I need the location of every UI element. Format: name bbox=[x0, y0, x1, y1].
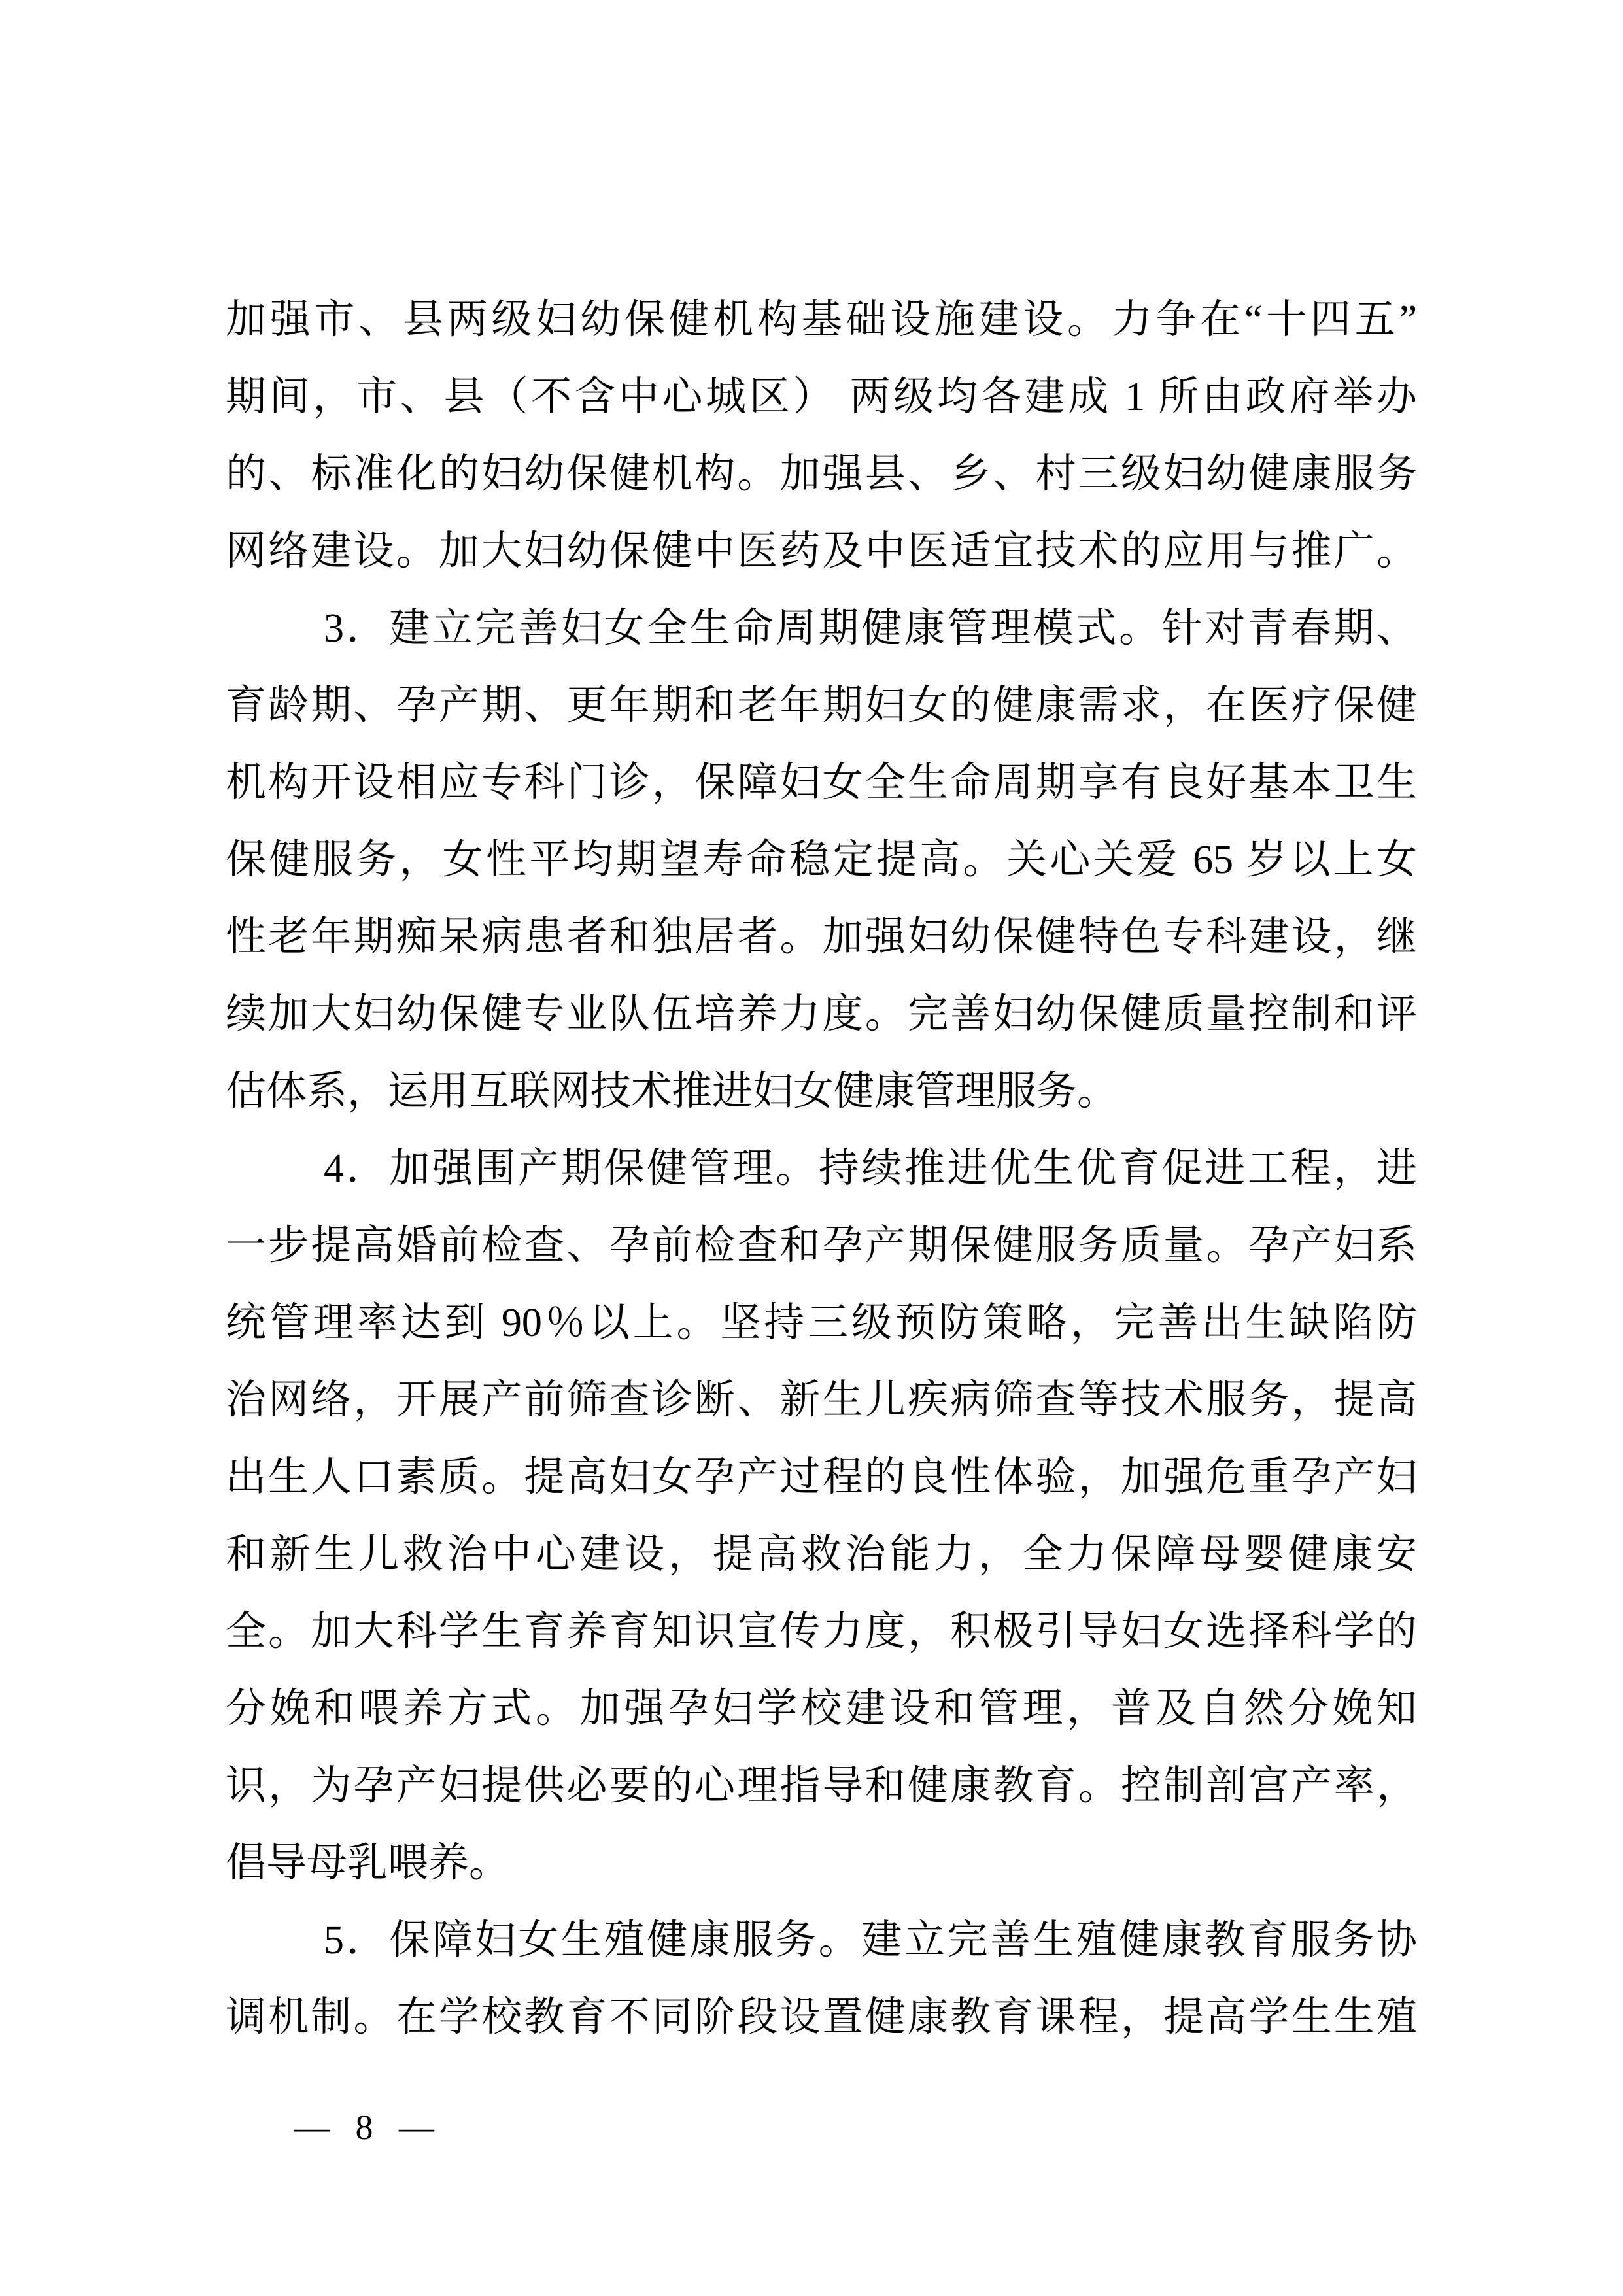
text-line-13: 一步提高婚前检查、孕前检查和孕产期保健服务质量。孕产妇系 bbox=[226, 1207, 1417, 1284]
text-line-22: 5．保障妇女生殖健康服务。建立完善生殖健康教育服务协 bbox=[226, 1902, 1417, 1979]
text-line-19: 分娩和喂养方式。加强孕妇学校建设和管理，普及自然分娩知 bbox=[226, 1670, 1417, 1747]
text-line-17: 和新生儿救治中心建设，提高救治能力，全力保障母婴健康安 bbox=[226, 1516, 1417, 1593]
text-line-1: 加强市、县两级妇幼保健机构基础设施建设。力争在“十四五” bbox=[226, 281, 1417, 358]
page-number: — 8 — bbox=[294, 2104, 434, 2150]
text-line-7: 机构开设相应专科门诊，保障妇女全生命周期享有良好基本卫生 bbox=[226, 744, 1417, 821]
text-line-5: 3．建立完善妇女全生命周期健康管理模式。针对青春期、 bbox=[226, 590, 1417, 667]
text-line-15: 治网络，开展产前筛查诊断、新生儿疾病筛查等技术服务，提高 bbox=[226, 1362, 1417, 1439]
text-line-18: 全。加大科学生育养育知识宣传力度，积极引导妇女选择科学的 bbox=[226, 1593, 1417, 1670]
text-line-8: 保健服务，女性平均期望寿命稳定提高。关心关爱 65 岁以上女 bbox=[226, 821, 1417, 899]
text-line-20: 识，为孕产妇提供必要的心理指导和健康教育。控制剖宫产率， bbox=[226, 1747, 1417, 1825]
text-line-21: 倡导母乳喂养。 bbox=[226, 1825, 1417, 1902]
text-line-11: 估体系，运用互联网技术推进妇女健康管理服务。 bbox=[226, 1053, 1417, 1130]
text-line-3: 的、标准化的妇幼保健机构。加强县、乡、村三级妇幼健康服务 bbox=[226, 436, 1417, 513]
text-line-9: 性老年期痴呆病患者和独居者。加强妇幼保健特色专科建设，继 bbox=[226, 899, 1417, 976]
text-line-10: 续加大妇幼保健专业队伍培养力度。完善妇幼保健质量控制和评 bbox=[226, 976, 1417, 1053]
document-page: 加强市、县两级妇幼保健机构基础设施建设。力争在“十四五”期间，市、县（不含中心城… bbox=[0, 0, 1623, 2296]
text-line-16: 出生人口素质。提高妇女孕产过程的良性体验，加强危重孕产妇 bbox=[226, 1439, 1417, 1516]
document-body: 加强市、县两级妇幼保健机构基础设施建设。力争在“十四五”期间，市、县（不含中心城… bbox=[226, 281, 1417, 2056]
text-line-6: 育龄期、孕产期、更年期和老年期妇女的健康需求，在医疗保健 bbox=[226, 667, 1417, 744]
text-line-12: 4．加强围产期保健管理。持续推进优生优育促进工程，进 bbox=[226, 1130, 1417, 1207]
text-line-23: 调机制。在学校教育不同阶段设置健康教育课程，提高学生生殖 bbox=[226, 1979, 1417, 2056]
text-line-2: 期间，市、县（不含中心城区） 两级均各建成 1 所由政府举办 bbox=[226, 358, 1417, 436]
text-line-4: 网络建设。加大妇幼保健中医药及中医适宜技术的应用与推广。 bbox=[226, 513, 1417, 590]
text-line-14: 统管理率达到 90％以上。坚持三级预防策略，完善出生缺陷防 bbox=[226, 1284, 1417, 1362]
